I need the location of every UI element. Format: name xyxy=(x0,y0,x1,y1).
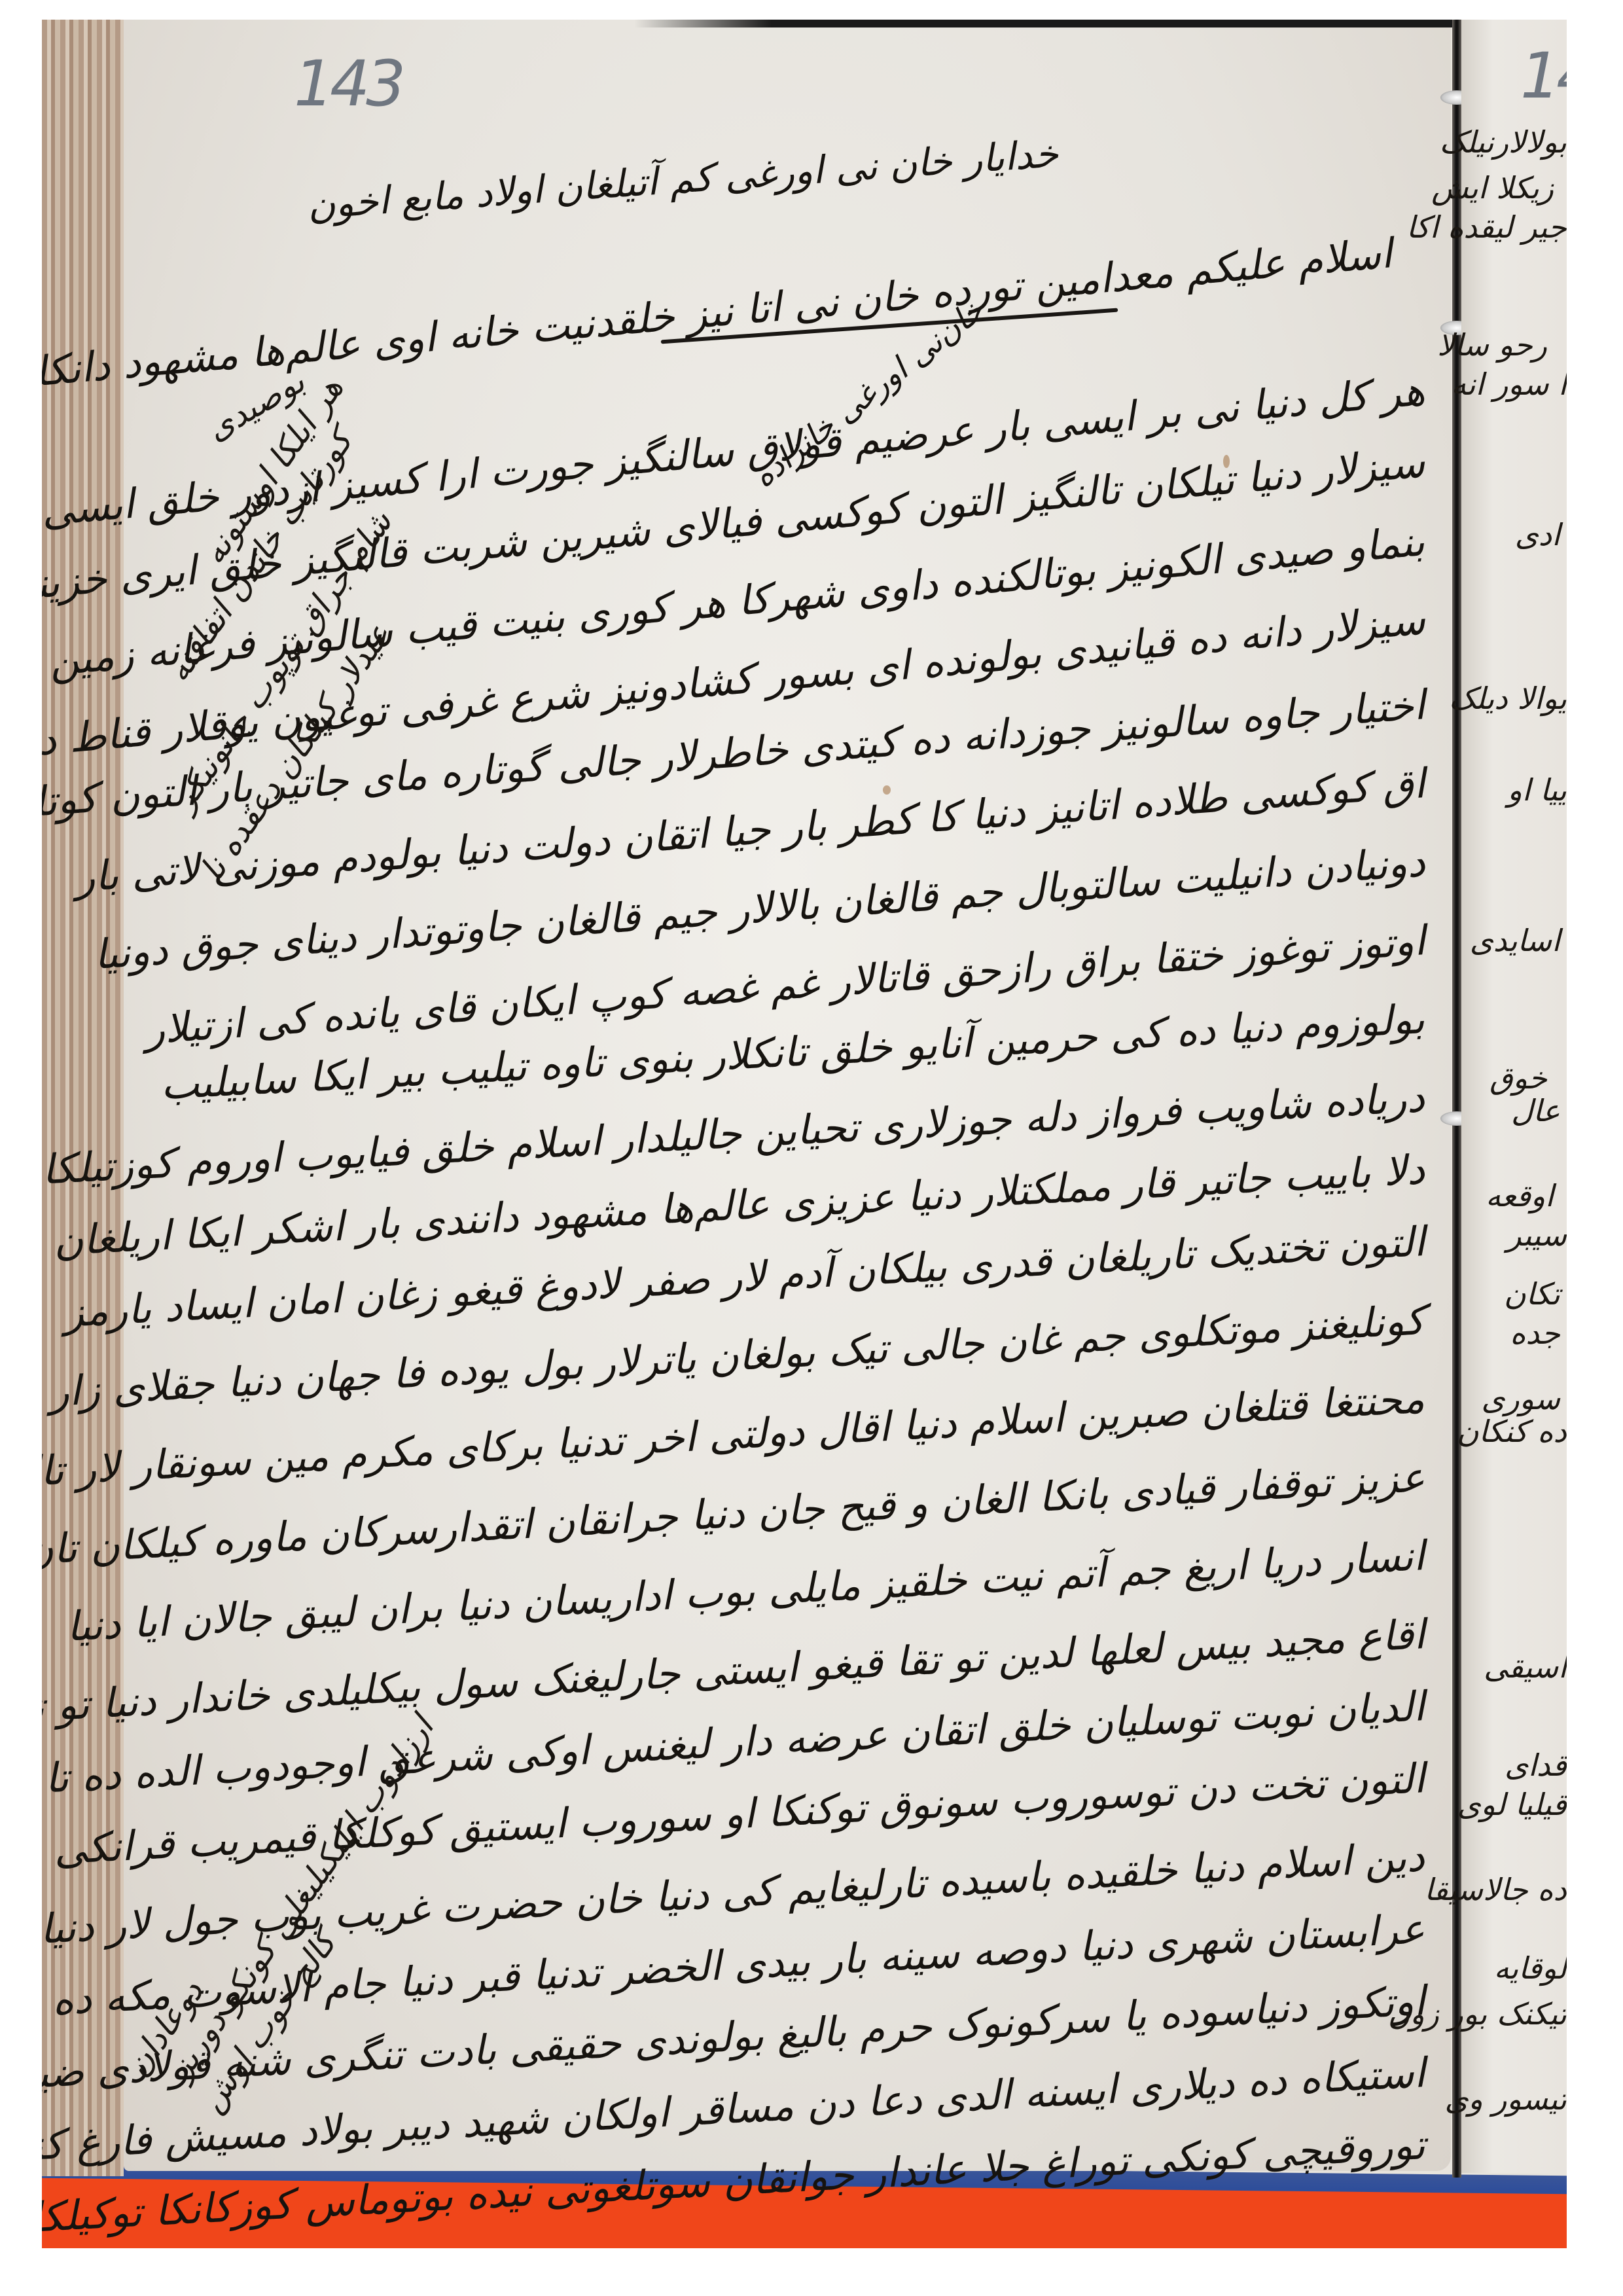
right-page-fragment: ادی xyxy=(1515,517,1560,552)
right-page-fragment: جده xyxy=(1510,1316,1560,1351)
right-page-fragment: عال xyxy=(1511,1093,1560,1128)
left-page-number: 143 xyxy=(294,47,402,120)
manuscript-photo: 143 خدایار خان نی اورغی کم آتیلغان اولاد… xyxy=(42,20,1567,2248)
left-page: 143 خدایار خان نی اورغی کم آتیلغان اولاد… xyxy=(124,20,1451,2171)
right-page-fragment: ده جالاسیقا xyxy=(1424,1872,1567,1907)
right-page-fragment: اوقعه xyxy=(1486,1178,1554,1213)
page-subheading: اسلام علیکم معدامین تورده خان نی اتا نیز… xyxy=(42,229,1394,400)
right-page-fragment: لوقایه xyxy=(1494,1950,1567,1986)
right-page-fragment: سیبر xyxy=(1507,1217,1567,1253)
right-page: 14 بولالارنیلک زیکلا ایش جیر لیقده اکا ر… xyxy=(1461,20,1567,2173)
right-page-fragment: تیکنک بور زون xyxy=(1388,1996,1567,2032)
right-page-fragment: ییا او xyxy=(1508,772,1567,808)
ink-stain xyxy=(1223,455,1230,468)
top-shadow xyxy=(634,20,1550,27)
ink-stain xyxy=(883,785,891,795)
right-page-fragment: تیسور وی xyxy=(1444,2081,1567,2117)
right-page-fragment: جیر لیقده اکا xyxy=(1406,209,1567,245)
right-page-fragment: قدای xyxy=(1505,1748,1567,1783)
right-page-fragment: ده کنکان xyxy=(1457,1414,1567,1449)
page-heading: خدایار خان نی اورغی کم آتیلغان اولاد ماب… xyxy=(306,131,1060,228)
right-page-fragment: تکان xyxy=(1504,1276,1560,1312)
right-page-fragment: یوالا دیلک xyxy=(1449,681,1567,716)
right-page-fragment: رحو سالا xyxy=(1437,327,1547,363)
right-page-fragment: اسایدی xyxy=(1470,923,1560,958)
right-page-fragment: خوق xyxy=(1489,1060,1547,1096)
right-page-fragment: زیکلا ایش xyxy=(1431,170,1554,206)
right-page-fragment: اسیقی xyxy=(1484,1649,1567,1685)
right-page-fragment: سوری xyxy=(1481,1381,1560,1416)
right-page-fragment: قیلیا لوی xyxy=(1457,1787,1567,1822)
right-page-fragment: بولالارنیلک xyxy=(1440,124,1567,160)
right-page-number: 14 xyxy=(1520,39,1567,113)
right-page-fragment: ا سور انه xyxy=(1451,367,1567,402)
